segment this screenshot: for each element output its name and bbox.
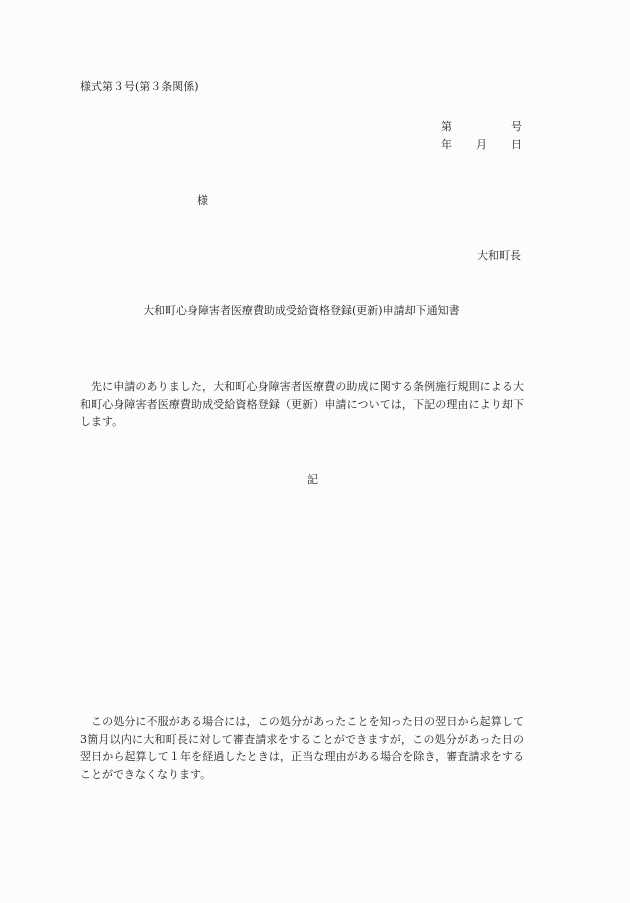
body-paragraph: 先に申請のありました，大和町心身障害者医療費の助成に関する条例施行規則による大和…	[80, 378, 524, 431]
date-year-label: 年	[441, 139, 452, 150]
date-day-label: 日	[511, 139, 522, 150]
appeal-notice: この処分に不服がある場合には，この処分があったことを知った日の翌日から起算して3…	[80, 713, 524, 783]
reference-number-suffix: 号	[511, 121, 522, 132]
ki-label: 記	[307, 474, 318, 485]
document-title: 大和町心身障害者医療費助成受給資格登録(更新)申請却下通知書	[143, 305, 460, 316]
date-month-label: 月	[476, 139, 487, 150]
issuer-name: 大和町長	[477, 250, 521, 261]
reference-number-prefix: 第	[441, 121, 452, 132]
addressee-suffix: 様	[197, 195, 208, 206]
form-number: 様式第３号(第３条関係)	[80, 81, 199, 92]
